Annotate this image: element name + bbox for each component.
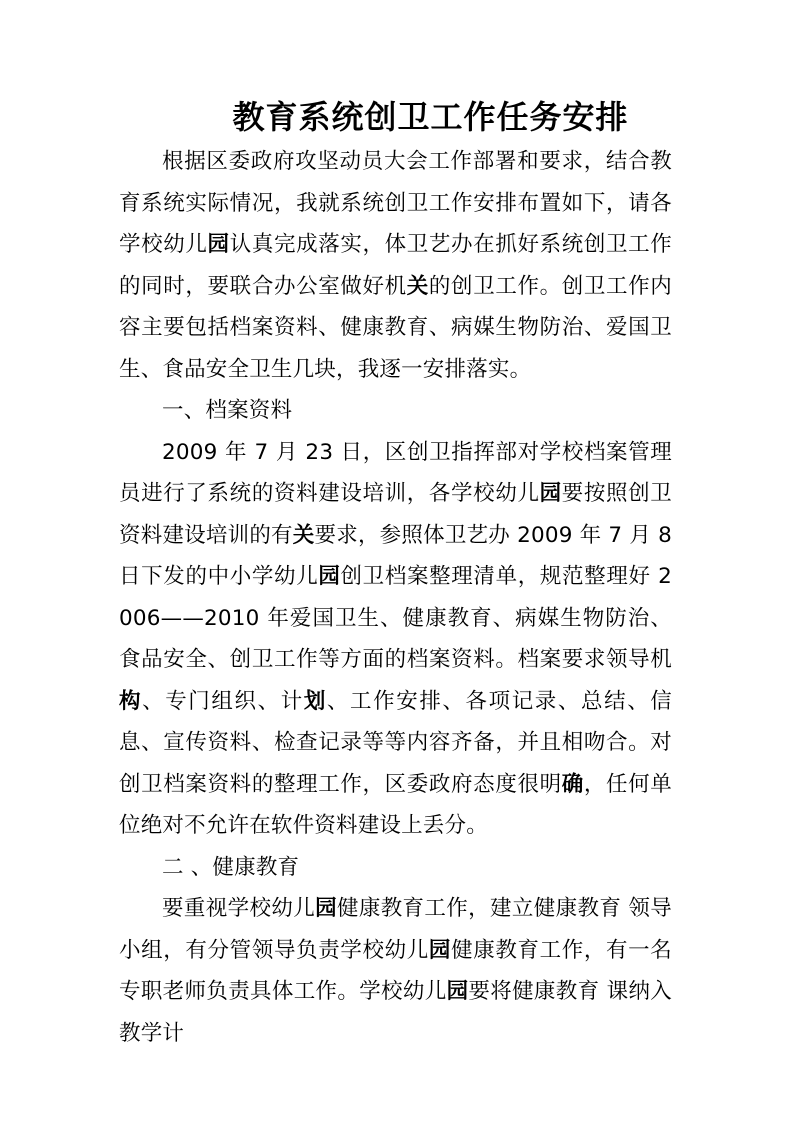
paragraph: 根据区委政府攻坚动员大会工作部署和要求，结合教育系统实际情况，我就系统创卫工作安…	[119, 141, 672, 390]
document-page: 教育系统创卫工作任务安排 根据区委政府攻坚动员大会工作部署和要求，结合教育系统实…	[0, 0, 794, 1123]
bold-text-run: 确	[562, 772, 584, 797]
bold-text-run: 园	[447, 979, 469, 1004]
bold-text-run: 构	[119, 689, 142, 714]
text-run: 、专门组织、计	[142, 689, 304, 714]
text-run: 要重视学校幼儿	[162, 896, 315, 921]
bold-text-run: 园	[540, 481, 562, 506]
document-title: 教育系统创卫工作任务安排	[119, 94, 672, 141]
document-body: 根据区委政府攻坚动员大会工作部署和要求，结合教育系统实际情况，我就系统创卫工作安…	[119, 141, 672, 1054]
bold-text-run: 园	[429, 938, 451, 963]
paragraph: 2009 年 7 月 23 日，区创卫指挥部对学校档案管理员进行了系统的资料建设…	[119, 432, 672, 847]
bold-text-run: 关	[407, 274, 429, 299]
bold-text-run: 园	[208, 232, 230, 257]
text-run: 一、档案资料	[162, 398, 292, 423]
bold-text-run: 关	[293, 523, 315, 548]
section-heading: 一、档案资料	[119, 390, 672, 432]
text-run: 二 、健康教育	[162, 855, 299, 880]
bold-text-run: 划	[304, 689, 327, 714]
section-heading: 二 、健康教育	[119, 847, 672, 889]
paragraph: 要重视学校幼儿园健康教育工作，建立健康教育 领导小组，有分管领导负责学校幼儿园健…	[119, 888, 672, 1054]
bold-text-run: 园	[318, 564, 340, 589]
bold-text-run: 园	[315, 896, 337, 921]
